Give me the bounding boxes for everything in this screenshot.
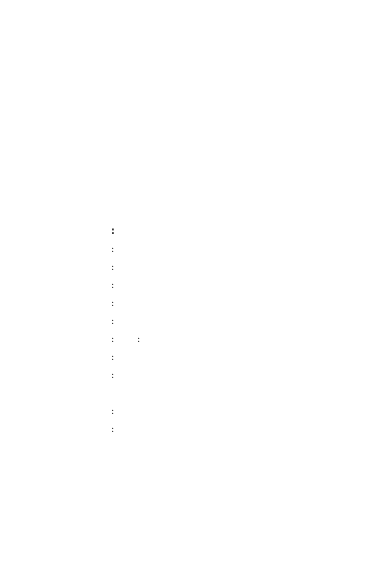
colophon-isbn: :: [45, 280, 119, 292]
colophon-editor: :: [45, 262, 119, 274]
copyright-page: : : : : : : :: : : : :: [0, 0, 375, 563]
colophon-address: :: [45, 316, 119, 328]
colophon-website: ::: [45, 334, 140, 346]
colophon-author: :: [45, 244, 119, 256]
colophon-printer: :: [45, 406, 119, 418]
colophon-phone: :: [45, 370, 143, 382]
colophon-email: :: [45, 352, 119, 364]
colophon-publisher: :: [45, 298, 119, 310]
colophon-book-name: :: [45, 226, 119, 238]
colophon-distributor: :: [45, 424, 119, 436]
